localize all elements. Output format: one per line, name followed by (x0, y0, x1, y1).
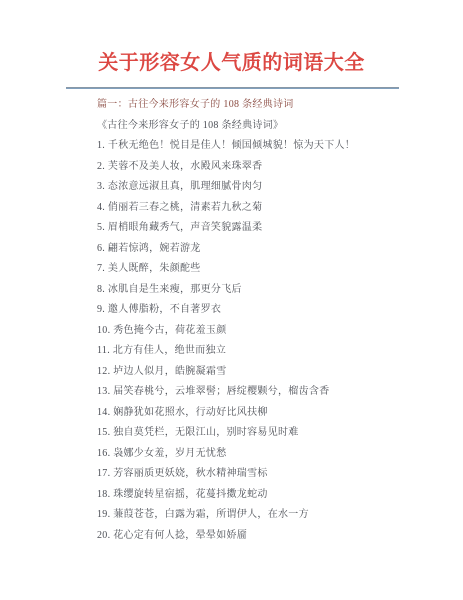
list-item: 17. 芳容丽质更妖娆，秋水精神瑞雪标 (97, 464, 427, 485)
list-item: 16. 袅娜少女羞，岁月无忧愁 (97, 444, 427, 465)
section-heading: 篇一：古往今来形容女子的 108 条经典诗词 (97, 95, 427, 116)
poem-list: 1. 千秋无绝色！悦目是佳人！倾国倾城貌！惊为天下人！2. 芙蓉不及美人妆，水殿… (97, 136, 427, 546)
list-item: 19. 蒹葭苍苍，白露为霜，所谓伊人，在水一方 (97, 505, 427, 526)
list-item: 11. 北方有佳人，绝世而独立 (97, 341, 427, 362)
list-item: 8. 冰肌自是生来瘦，那更分飞后 (97, 280, 427, 301)
list-item: 18. 珠缨旋转星宿摇，花蔓抖擞龙蛇动 (97, 485, 427, 506)
list-item: 3. 态浓意远淑且真，肌理细腻骨肉匀 (97, 177, 427, 198)
page-title: 关于形容女人气质的词语大全 (0, 49, 463, 77)
document-page: 关于形容女人气质的词语大全 篇一：古往今来形容女子的 108 条经典诗词 《古往… (0, 0, 463, 600)
list-item: 4. 俏丽若三春之桃，清素若九秋之菊 (97, 198, 427, 219)
list-item: 2. 芙蓉不及美人妆，水殿风来珠翠香 (97, 157, 427, 178)
list-item: 14. 娴静犹如花照水，行动好比风扶柳 (97, 403, 427, 424)
list-item: 12. 垆边人似月，皓腕凝霜雪 (97, 362, 427, 383)
title-divider (66, 87, 399, 89)
list-item: 10. 秀色掩今古，荷花羞玉颜 (97, 321, 427, 342)
list-title: 《古往今来形容女子的 108 条经典诗词》 (97, 116, 427, 137)
list-item: 5. 眉梢眼角藏秀气，声音笑貌露温柔 (97, 218, 427, 239)
list-item: 7. 美人既醉，朱颜酡些 (97, 259, 427, 280)
list-item: 13. 届笑春桃兮，云堆翠髻；唇绽樱颗兮，榴齿含香 (97, 382, 427, 403)
document-body: 篇一：古往今来形容女子的 108 条经典诗词 《古往今来形容女子的 108 条经… (97, 95, 427, 546)
list-item: 6. 翩若惊鸿，婉若游龙 (97, 239, 427, 260)
list-item: 20. 花心定有何人捻，晕晕如娇靥 (97, 526, 427, 547)
list-item: 15. 独自莫凭栏，无限江山，别时容易见时难 (97, 423, 427, 444)
list-item: 1. 千秋无绝色！悦目是佳人！倾国倾城貌！惊为天下人！ (97, 136, 427, 157)
list-item: 9. 邀人傅脂粉，不自著罗衣 (97, 300, 427, 321)
